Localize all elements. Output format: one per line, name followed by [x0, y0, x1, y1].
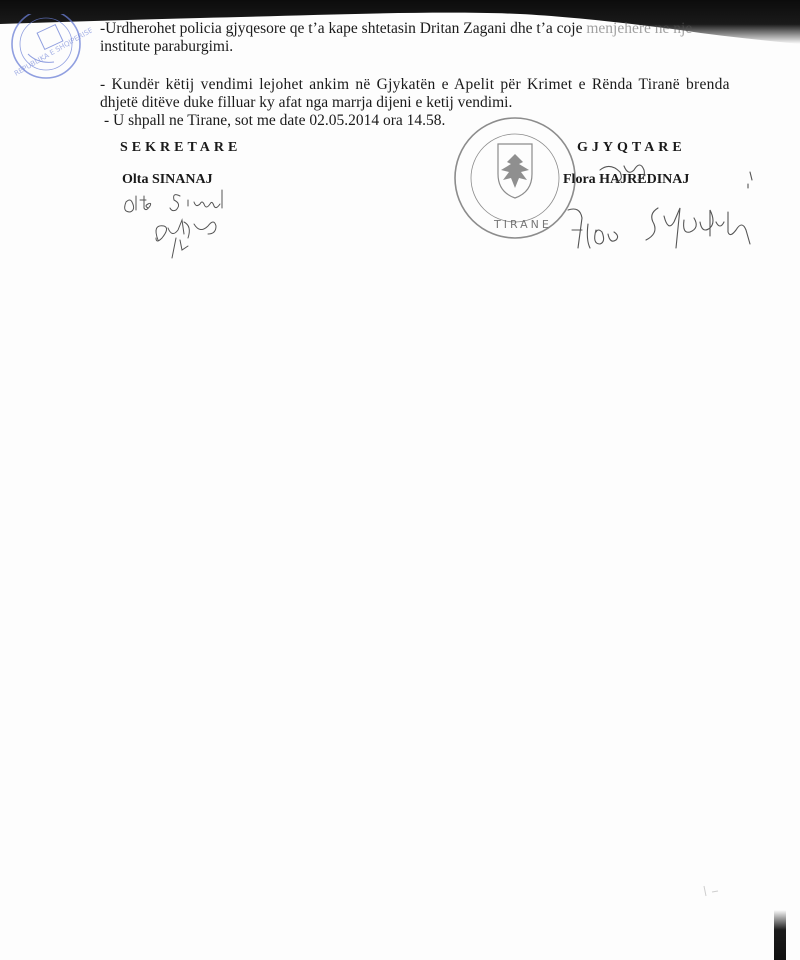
- scanner-edge-shadow: [774, 910, 786, 960]
- order-text-faded: menjehere ne nje: [586, 20, 692, 37]
- left-stamp-icon: REPUBLIKA E SHQIPERISE: [8, 14, 92, 88]
- court-stamp-icon: TIRANE: [450, 112, 580, 244]
- order-paragraph-line-1: -Urdherohet policia gjyqesore qe t’a kap…: [100, 20, 692, 38]
- order-paragraph-line-2: institute paraburgimi.: [100, 38, 233, 56]
- svg-text:REPUBLIKA E SHQIPERISE: REPUBLIKA E SHQIPERISE: [13, 26, 92, 78]
- announcement-line: - U shpall ne Tirane, sot me date 02.05.…: [104, 112, 445, 130]
- judge-title: GJYQTARE: [577, 140, 686, 156]
- order-text: -Urdherohet policia gjyqesore qe t’a kap…: [100, 20, 582, 37]
- court-stamp-city: TIRANE: [493, 218, 552, 231]
- judge-name: Flora HAJREDINAJ: [563, 172, 689, 188]
- appeal-paragraph-line-2: dhjetë ditëve duke filluar ky afat nga m…: [100, 94, 512, 112]
- judge-signature: [560, 150, 790, 260]
- stray-mark: [700, 880, 730, 910]
- secretary-name: Olta SINANAJ: [122, 172, 213, 188]
- appeal-paragraph-line-1: - Kundër këtij vendimi lejohet ankim në …: [100, 76, 730, 94]
- secretary-signature: [118, 188, 248, 263]
- secretary-title: SEKRETARE: [120, 140, 241, 156]
